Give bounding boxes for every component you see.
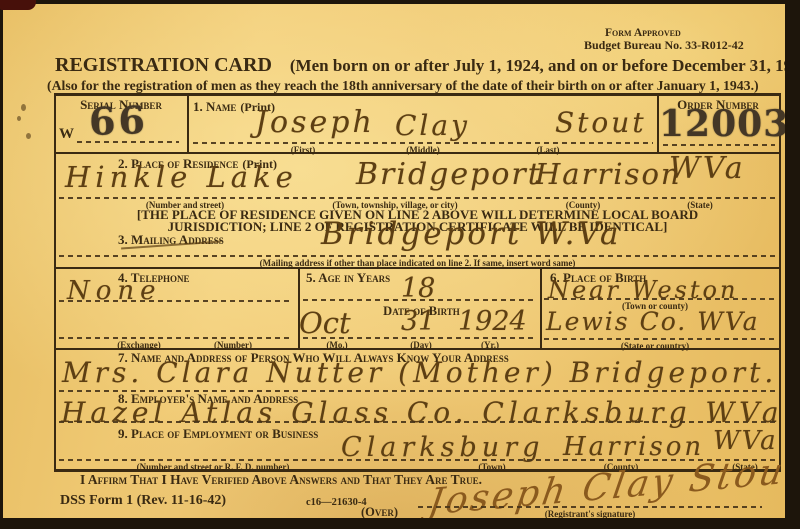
name-first-value: Joseph — [255, 105, 375, 140]
stain — [21, 104, 26, 111]
affirmation-text: I Affirm That I Have Verified Above Answ… — [80, 473, 482, 488]
dob-line — [303, 337, 535, 339]
order-number-stamp: 12003 — [659, 103, 779, 145]
serial-prefix: W — [59, 126, 74, 143]
print-code-text: c16—21630-4 — [306, 497, 367, 508]
employment-state-value: WVa — [713, 426, 778, 456]
day-sublabel: (Day) — [410, 340, 432, 350]
year-sublabel: (Yr.) — [481, 340, 499, 350]
scan-edge-right — [785, 0, 800, 529]
scanned-registration-card-page: Form Approved Budget Bureau No. 33-R012-… — [0, 0, 800, 529]
stain — [17, 116, 21, 121]
name-last-value: Stout — [555, 106, 647, 139]
middle-sublabel: (Middle) — [406, 145, 440, 155]
birthplace-line1 — [544, 298, 778, 300]
month-sublabel: (Mo.) — [326, 340, 347, 350]
employer-writein-line — [59, 421, 779, 423]
employment-label: 9. Place of Employment or Business — [118, 427, 318, 441]
table-left-border — [54, 93, 56, 471]
birth-month-value: Oct — [299, 306, 351, 340]
birth-year-value: 1924 — [458, 306, 527, 337]
residence-state-value: WVa — [669, 151, 746, 186]
employer-value: Hazel Atlas Glass Co. Clarksburg WVa — [61, 396, 784, 429]
corner-shadow — [0, 0, 36, 10]
residence-writein-line — [59, 197, 778, 199]
scan-edge-top — [0, 0, 800, 4]
last-sublabel: (Last) — [537, 145, 560, 155]
age-label: 5. Age in Years — [306, 271, 390, 285]
registration-card: Form Approved Budget Bureau No. 33-R012-… — [3, 4, 785, 518]
age-birth-divider — [540, 267, 542, 350]
form-number-text: DSS Form 1 (Rev. 11-16-42) — [60, 493, 226, 509]
name-label: 1. Name — [193, 99, 236, 114]
name-writein-line — [193, 142, 653, 144]
telephone-line2 — [59, 337, 292, 339]
birthplace-line2 — [544, 338, 778, 340]
serial-name-divider — [187, 93, 189, 154]
residence-county-value: Harrison — [535, 157, 682, 191]
divider — [54, 93, 781, 96]
telephone-line1 — [59, 300, 292, 302]
stain — [26, 133, 31, 139]
serial-writein-line — [77, 141, 179, 143]
residence-street-value: Hinkle Lake — [65, 160, 298, 194]
card-title: REGISTRATION CARD — [55, 54, 272, 76]
exchange-sublabel: (Exchange) — [117, 340, 161, 350]
employment-street-sublabel: (Number and street or R. F. D. number) — [137, 462, 290, 472]
mailing-hint: (Mailing address if other than place ind… — [54, 258, 781, 268]
age-line — [303, 299, 535, 301]
title-row: REGISTRATION CARD (Men born on or after … — [55, 54, 755, 77]
order-writein-line — [663, 144, 775, 146]
mailing-writein-line — [59, 255, 778, 257]
employment-town-sublabel: (Town) — [478, 462, 505, 472]
contact-value: Mrs. Clara Nutter (Mother) Bridgeport. — [62, 356, 777, 389]
name-middle-value: Clay — [395, 109, 470, 142]
serial-number-stamp: 66 — [88, 97, 148, 144]
card-subtitle: (Also for the registration of men as the… — [47, 78, 759, 94]
residence-town-value: Bridgeport — [356, 157, 542, 192]
birth-day-value: 31 — [401, 306, 435, 337]
birthplace-state-value: Lewis Co. WVa — [546, 307, 760, 336]
card-title-note: (Men born on or after July 1, 1924, and … — [290, 56, 800, 75]
budget-bureau-text: Budget Bureau No. 33-R012-42 — [584, 39, 744, 52]
birthplace-state-sublabel: (State or country) — [621, 341, 689, 351]
signature-line — [418, 506, 762, 508]
scan-edge-left — [0, 0, 3, 529]
first-sublabel: (First) — [291, 145, 316, 155]
number-sublabel: (Number) — [214, 340, 252, 350]
mailing-value: Bridgeport W.Va — [321, 216, 622, 252]
scan-edge-bottom — [0, 518, 800, 529]
employment-county-value: Harrison — [563, 432, 704, 462]
